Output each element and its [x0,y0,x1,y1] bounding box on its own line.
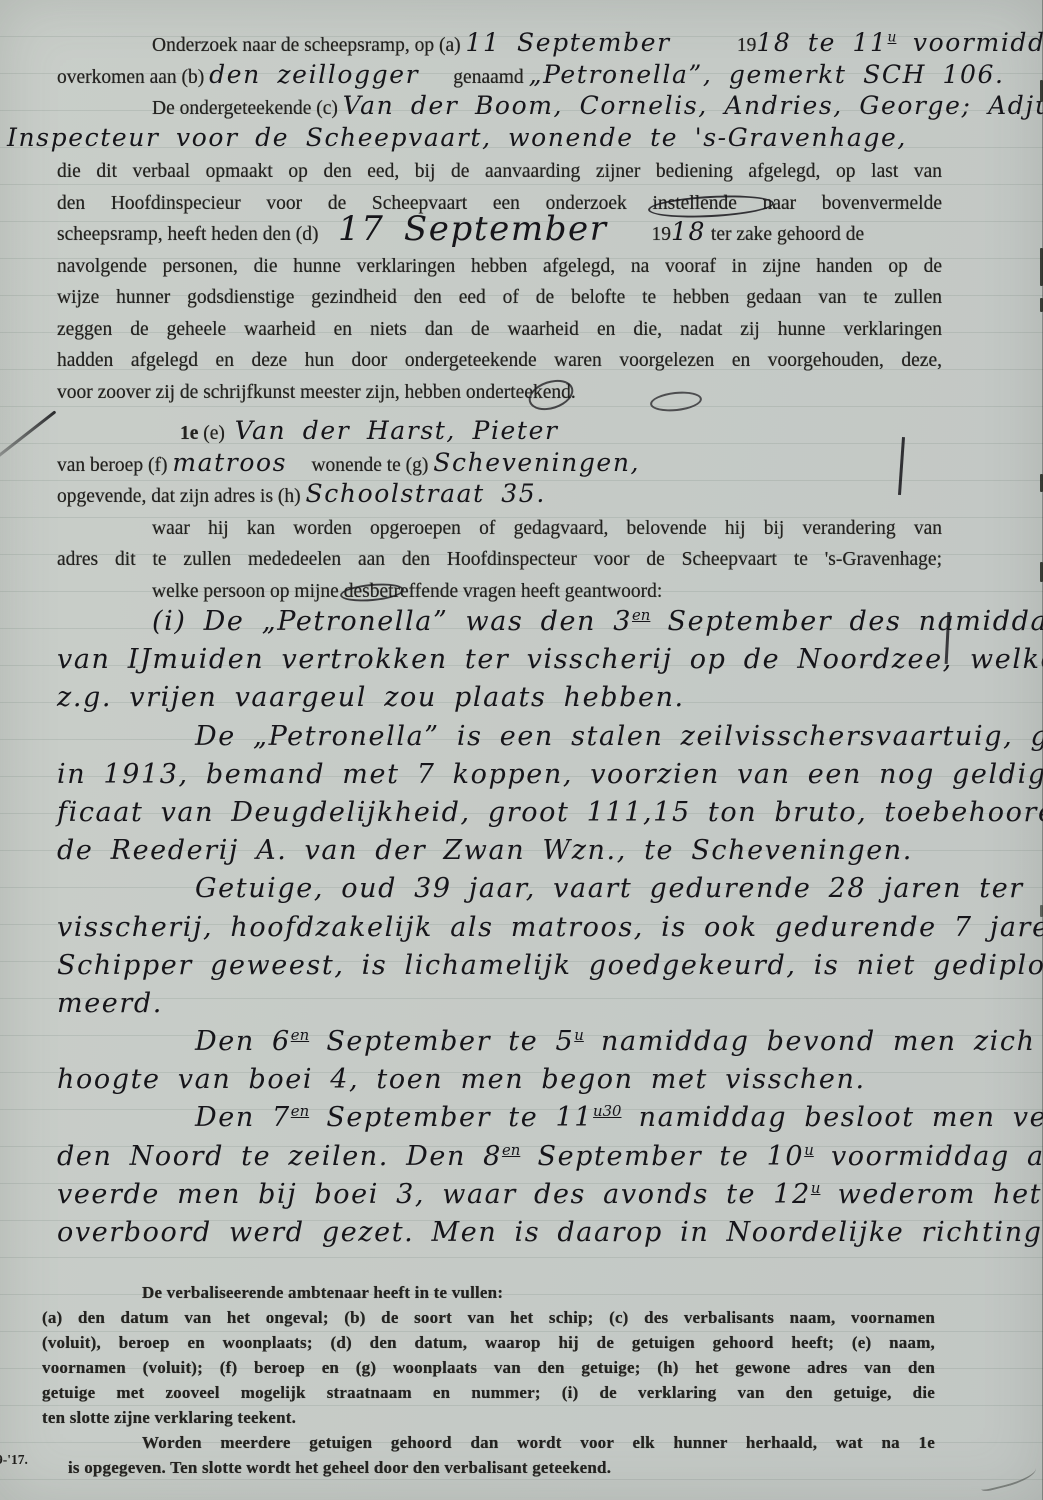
handwritten-text: z.g. vrijen vaargeul zou plaats hebben. [57,682,685,713]
printed-text: 1e [180,423,198,444]
printed-text: adres dit te zullen mededeelen aan den H… [57,549,942,570]
handwritten-text: ficaat van Deugdelijkheid, groot 111,15 … [57,797,1043,828]
handwritten-text: visscherij, hoofdzakelijk als matroos, i… [57,912,1043,943]
document-line: de Reederij A. van der Zwan Wzn., te Sch… [57,831,1022,869]
printed-text: welke persoon op mijne desbetreffende vr… [152,581,662,602]
document-line: Inspecteur voor de Scheepvaart, wonende … [7,125,942,157]
handwritten-text: Van der Harst, Pieter [235,416,559,445]
handwritten-text: den zeillogger [209,60,419,89]
document-line: (voluit), beroep en woonplaats; (d) den … [42,1330,935,1355]
document-line: ficaat van Deugdelijkheid, groot 111,15 … [57,793,1022,831]
document-line: Schipper geweest, is lichamelijk goedgek… [57,946,1022,984]
witness-details-section: 1e (e) Van der Harst, Pietervan beroep (… [57,418,942,607]
document-line: meerd. [57,984,1022,1022]
handwritten-text: (i) De „Petronella” was den 3en Septembe… [152,606,1043,637]
handwritten-text: Inspecteur voor de Scheepvaart, wonende … [7,123,907,152]
printed-text: (e) [198,423,234,444]
printed-text: ter zake gehoord de [706,224,864,245]
document-line: van IJmuiden vertrokken ter visscherij o… [57,640,1022,678]
document-line: scheepsramp, heeft heden den (d) 17 Sept… [57,219,942,251]
document-line: hoogte van boei 4, toen men begon met vi… [57,1060,1022,1098]
document-line: visscherij, hoofdzakelijk als matroos, i… [57,908,1022,946]
document-line: 1e (e) Van der Harst, Pieter [180,418,942,450]
printed-text: Onderzoek naar de scheepsramp, op (a) [152,35,465,56]
document-line: z.g. vrijen vaargeul zou plaats hebben. [57,678,1022,716]
printed-text: (voluit), beroep en woonplaats; (d) den … [42,1333,935,1352]
handwritten-text: De „Petronella” is een stalen zeilvissch… [195,721,1043,752]
intro-section: Onderzoek naar de scheepsramp, op (a) 11… [57,30,942,408]
handwritten-text: 18 [671,217,706,246]
printed-text: Worden meerdere getuigen gehoord dan wor… [142,1433,935,1452]
document-line: adres dit te zullen mededeelen aan den H… [57,544,942,576]
pen-stroke-left-margin [0,410,56,460]
handwritten-text: veerde men bij boei 3, waar des avonds t… [57,1179,1043,1210]
printed-text: genaamd [419,67,528,88]
printed-text: getuige met zooveel mogelijk straatnaam … [42,1383,935,1402]
pen-flourish-bottom-right [978,1461,1039,1492]
document-line: wijze hunner godsdienstige gezindheid de… [57,282,942,314]
document-line: die dit verbaal opmaakt op den eed, bij … [57,156,942,188]
handwritten-text: 17 September [338,209,608,249]
document-line: overboord werd gezet. Men is daarop in N… [57,1213,1022,1251]
document-line: van beroep (f) matroos wonende te (g) Sc… [57,450,942,482]
printed-text: navolgende personen, die hunne verklarin… [57,256,942,277]
handwritten-text: Den 7en September te 11u30 namiddag besl… [195,1102,1043,1133]
printed-text: zeggen de geheele waarheid en niets dan … [57,319,942,340]
printed-text: hadden afgelegd en deze hun door onderge… [57,350,942,371]
handwritten-text: in 1913, bemand met 7 koppen, voorzien v… [57,759,1043,790]
printed-text: De ondergeteekende (c) [152,98,343,119]
printed-text: ten slotte zijne verklaring teekent. [42,1408,296,1427]
document-line: Onderzoek naar de scheepsramp, op (a) 11… [152,30,942,62]
form-series-mark: 9-'17. [0,1452,28,1468]
handwritten-text: meerd. [57,988,163,1019]
printed-text: 19 [608,224,671,245]
printed-text: voor zoover zij de schrijfkunst meester … [57,382,576,403]
handwritten-text: Van der Boom, Cornelis, Andries, George;… [343,91,1043,120]
printed-text: wonende te (g) [287,455,433,476]
document-line: Den 6en September te 5u namiddag bevond … [195,1022,1022,1060]
document-line: overkomen aan (b) den zeillogger genaamd… [57,62,942,94]
document-line: voor zoover zij de schrijfkunst meester … [57,377,942,409]
printed-text: waar hij kan worden opgeroepen of gedagv… [152,518,942,539]
document-line: De „Petronella” is een stalen zeilvissch… [195,717,1022,755]
document-line: voornamen (voluit); (f) beroep en (g) wo… [42,1355,935,1380]
scan-artifact [1040,298,1043,312]
document-line: in 1913, bemand met 7 koppen, voorzien v… [57,755,1022,793]
handwritten-text: Scheveningen, [433,448,640,477]
printed-text: overkomen aan (b) [57,67,209,88]
handwritten-text: den Noord te zeilen. Den 8en September t… [57,1141,1043,1172]
handwritten-text: Schipper geweest, is lichamelijk goedgek… [57,950,1043,981]
handwritten-text: overboord werd gezet. Men is daarop in N… [57,1217,1043,1248]
handwritten-text: matroos [172,448,287,477]
document-line: (a) den datum van het ongeval; (b) de so… [42,1305,935,1330]
handwritten-text: de Reederij A. van der Zwan Wzn., te Sch… [57,835,913,866]
document-line: opgevende, dat zijn adres is (h) Schools… [57,481,942,513]
handwritten-text: Den 6en September te 5u namiddag bevond … [195,1026,1043,1057]
scan-artifact [1040,474,1043,492]
handwritten-text: 18 te 11u voormiddag [756,28,1043,57]
handwritten-text: „Petronella”, gemerkt SCH 106. [529,60,1005,89]
witness-statement-section: (i) De „Petronella” was den 3en Septembe… [57,602,1022,1251]
printed-text: voornamen (voluit); (f) beroep en (g) wo… [42,1358,935,1377]
document-line: veerde men bij boei 3, waar des avonds t… [57,1175,1022,1213]
document-line: waar hij kan worden opgeroepen of gedagv… [152,513,942,545]
document-line: De ondergeteekende (c) Van der Boom, Cor… [152,93,942,125]
document-line: Worden meerdere getuigen gehoord dan wor… [142,1430,935,1455]
printed-text: opgevende, dat zijn adres is (h) [57,486,306,507]
scan-artifact [1040,562,1043,582]
handwritten-text: hoogte van boei 4, toen men begon met vi… [57,1064,866,1095]
document-line: zeggen de geheele waarheid en niets dan … [57,314,942,346]
printed-text: 19 [737,35,757,56]
document-line: De verbaliseerende ambtenaar heeft in te… [142,1280,935,1305]
document-line: Den 7en September te 11u30 namiddag besl… [195,1098,1022,1136]
form-instructions-section: De verbaliseerende ambtenaar heeft in te… [42,1280,935,1480]
document-line: hadden afgelegd en deze hun door onderge… [57,345,942,377]
handwritten-text: Schoolstraat 35. [306,479,546,508]
printed-text: van beroep (f) [57,455,172,476]
printed-text: is opgegeven. Ten slotte wordt het gehee… [68,1458,611,1477]
handwritten-text: van IJmuiden vertrokken ter visscherij o… [57,644,1043,675]
printed-text: die dit verbaal opmaakt op den eed, bij … [57,161,942,182]
document-line: is opgegeven. Ten slotte wordt het gehee… [68,1455,935,1480]
document-line: navolgende personen, die hunne verklarin… [57,251,942,283]
document-line: ten slotte zijne verklaring teekent. [42,1405,935,1430]
scanned-document-page: Onderzoek naar de scheepsramp, op (a) 11… [0,0,1043,1500]
handwritten-text: Getuige, oud 39 jaar, vaart gedurende 28… [195,873,1024,904]
scan-artifact [1040,248,1043,286]
document-line: (i) De „Petronella” was den 3en Septembe… [152,602,1022,640]
document-line: den Noord te zeilen. Den 8en September t… [57,1137,1022,1175]
document-line: Getuige, oud 39 jaar, vaart gedurende 28… [195,869,1022,907]
document-line: getuige met zooveel mogelijk straatnaam … [42,1380,935,1405]
printed-text: (a) den datum van het ongeval; (b) de so… [42,1308,935,1327]
printed-text: wijze hunner godsdienstige gezindheid de… [57,287,942,308]
printed-text: De verbaliseerende ambtenaar heeft in te… [142,1283,503,1302]
printed-text: scheepsramp, heeft heden den (d) [57,224,338,245]
handwritten-text: 11 September [465,28,736,57]
